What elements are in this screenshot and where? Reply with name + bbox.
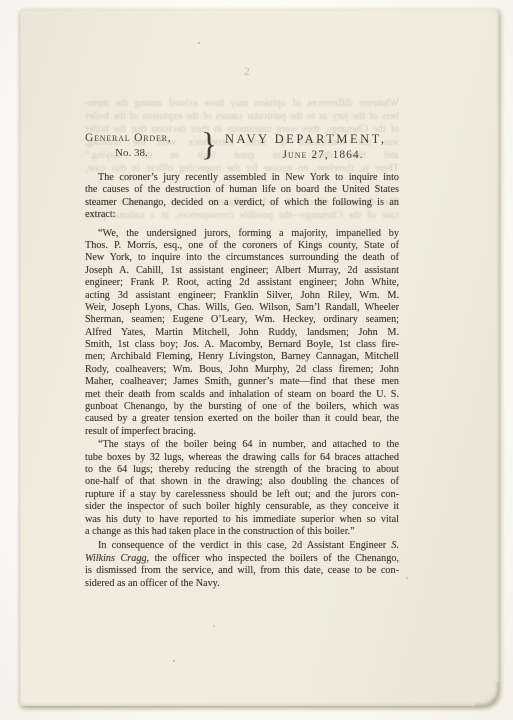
text-segment: the officer who inspected the boilers of… (149, 553, 399, 564)
ghost-text-block-top: Whatever differences of opinion may have… (85, 97, 399, 136)
brace-glyph: } (201, 128, 217, 162)
text-line: sidered as an officer of the Navy. (85, 578, 399, 590)
order-header: General Order, No. 38. } NAVY DEPARTMENT… (85, 132, 399, 159)
text-line: one-half of that shown in the drawing; a… (85, 476, 399, 488)
text-segment: In consequence of the verdict in this ca… (98, 540, 391, 551)
order-header-left: General Order, No. 38. } (85, 132, 215, 159)
order-date: June 27, 1864. (225, 149, 399, 161)
text-segment-italic: Wilkins Cragg, (85, 553, 149, 564)
text-line: met their death from scalds and inhalati… (85, 389, 399, 401)
order-header-right: NAVY DEPARTMENT, June 27, 1864. (225, 132, 399, 161)
text-line: “The stays of the boiler being 64 in num… (85, 439, 399, 451)
text-line: was his duty to have reported to his imm… (85, 514, 399, 526)
text-line: Weir, Joseph Lyons, Chas. Wills, Geo. Wi… (85, 302, 399, 314)
paragraph-stays: “The stays of the boiler being 64 in num… (85, 439, 399, 538)
text-line: Joseph A. Cahill, 1st assistant engineer… (85, 265, 399, 277)
text-line: Thos. P. Morris, esq., one of the corone… (85, 240, 399, 252)
document-body: The coroner’s jury recently assembled in… (85, 172, 399, 590)
text-line: tube boxes by 32 lugs, whereas the drawi… (85, 452, 399, 464)
paragraph-intro: The coroner’s jury recently assembled in… (85, 172, 399, 222)
ghost-page-number: 2 (244, 66, 250, 78)
text-line: extract: (85, 209, 399, 221)
text-line: The coroner’s jury recently assembled in… (85, 172, 399, 184)
text-line: gunboat Chenango, by the bursting of one… (85, 401, 399, 413)
page-corner-fold (475, 682, 499, 706)
document-page: 2 Whatever differences of opinion may ha… (20, 9, 499, 706)
foxing-speck (213, 625, 215, 627)
foxing-speck (198, 42, 200, 44)
text-line: Alfred Yates, Martin Mitchell, John Rudd… (85, 327, 399, 339)
text-segment-italic: S. (391, 540, 399, 551)
general-order-label: General Order, (85, 132, 215, 144)
foxing-speck (406, 577, 408, 579)
text-line: sider the inspector of such boiler highl… (85, 501, 399, 513)
paragraph-verdict: “We, the undersigned jurors, forming a m… (85, 228, 399, 439)
text-line: rupture if a stay by carelessness should… (85, 489, 399, 501)
order-number: No. 38. (115, 147, 215, 159)
text-line: result of imperfect bracing. (85, 426, 399, 438)
text-line: Maher, coalheaver; James Smith, gunner’s… (85, 376, 399, 388)
text-line: Rody, coalheavers; Wm. Bous, John Murphy… (85, 364, 399, 376)
scanned-document-view: 2 Whatever differences of opinion may ha… (0, 0, 513, 720)
text-line: men; Archibald Fleming, Henry Livingston… (85, 351, 399, 363)
text-line: caused by a greater tension exerted on t… (85, 413, 399, 425)
navy-department-title: NAVY DEPARTMENT, (225, 132, 399, 147)
ghost-text-line: bers of the jury as to the particular ca… (85, 110, 399, 123)
text-line: Smith, 1st class boy; Jos. A. Macomby, B… (85, 339, 399, 351)
text-line: a change as this had taken place in the … (85, 526, 399, 538)
text-line: Sherman, seamen; Eugene O’Leary, Wm. Hec… (85, 314, 399, 326)
text-line: acting 3d assistant engineer; Franklin S… (85, 290, 399, 302)
text-line: New York, to inquire into the circumstan… (85, 252, 399, 264)
text-line: the causes of the destruction of human l… (85, 184, 399, 196)
text-line: to the 64 lugs; thereby reducing the str… (85, 464, 399, 476)
ghost-text-line: Whatever differences of opinion may have… (85, 97, 399, 110)
text-line: Wilkins Cragg, the officer who inspected… (85, 553, 399, 565)
text-line: steamer Chenango, decided on a verdict, … (85, 197, 399, 209)
text-line: engineer; Frank P. Root, acting 2d assis… (85, 277, 399, 289)
foxing-speck (173, 660, 175, 662)
text-line: In consequence of the verdict in this ca… (85, 540, 399, 552)
text-line: “We, the undersigned jurors, forming a m… (85, 228, 399, 240)
text-line: is dismissed from the service, and will,… (85, 565, 399, 577)
paragraph-dismissal: In consequence of the verdict in this ca… (85, 540, 399, 590)
